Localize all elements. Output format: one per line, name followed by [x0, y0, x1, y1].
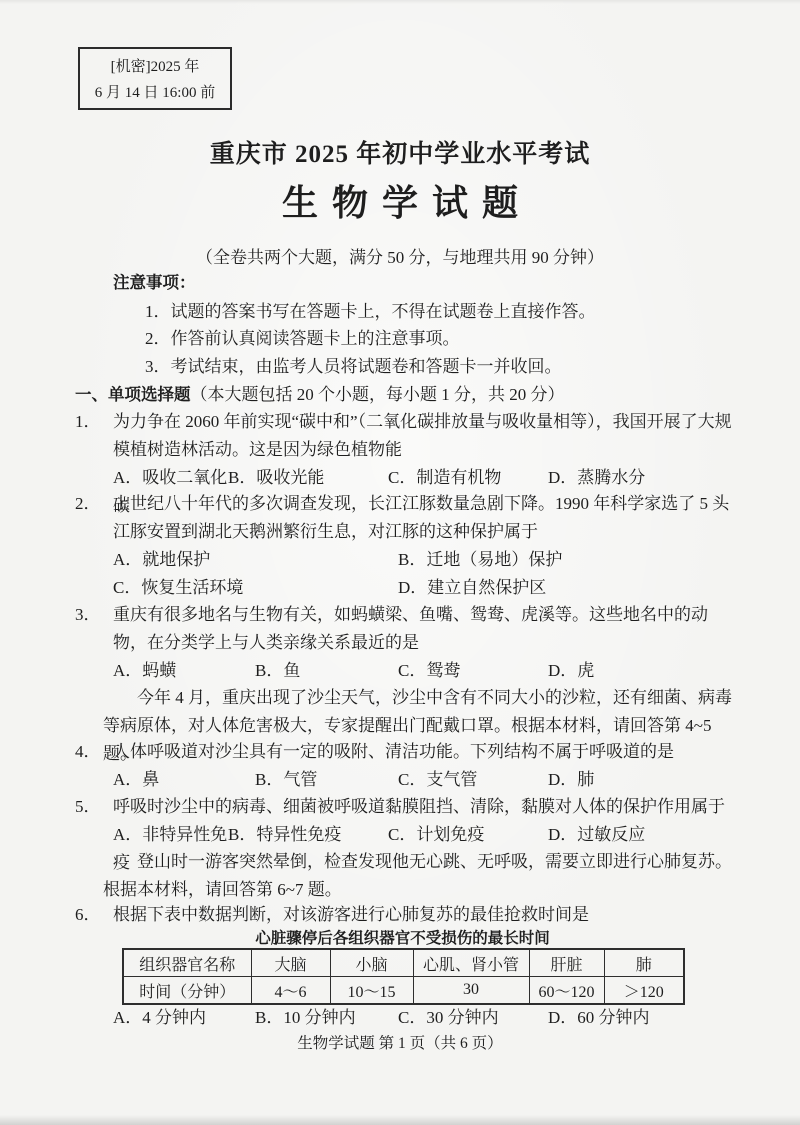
question-4-options: A．鼻 B．气管 C．支气管 D．肺 [75, 766, 737, 794]
option-b: B．迁地（易地）保护 [398, 546, 562, 574]
notice-item-2: 2．作答前认真阅读答题卡上的注意事项。 [145, 325, 737, 353]
table-header-cell: 肝脏 [529, 949, 604, 977]
question-4: 4．人体呼吸道对沙尘具有一定的吸附、清洁功能。下列结构不属于呼吸道的是 A．鼻 … [75, 738, 737, 794]
option-a: A．4 分钟内 [113, 1004, 255, 1032]
option-c: C．恢复生活环境 [113, 574, 398, 602]
table-header-cell: 肺 [604, 949, 684, 977]
notice-item-1: 1．试题的答案书写在答题卡上，不得在试题卷上直接作答。 [145, 298, 737, 326]
table-row-label: 时间（分钟） [123, 977, 251, 1005]
table-cell: 60～120 [529, 977, 604, 1005]
table-header-cell: 组织器官名称 [123, 949, 251, 977]
question-6-options: A．4 分钟内 B．10 分钟内 C．30 分钟内 D．60 分钟内 [75, 1004, 737, 1032]
question-4-number: 4． [75, 738, 113, 766]
table-cell: 10～15 [330, 977, 413, 1005]
question-2-stem: 2．上世纪八十年代的多次调查发现，长江江豚数量急剧下降。1990 年科学家选了 … [75, 490, 737, 546]
option-d: D．建立自然保护区 [398, 574, 546, 602]
section-title: 一、单项选择题 [75, 386, 191, 404]
question-2-number: 2． [75, 490, 113, 518]
section-meta: （本大题包括 20 个小题，每小题 1 分，共 20 分） [191, 385, 565, 404]
confidential-line-1: [机密]2025 年 [80, 54, 230, 80]
option-d: D．虎 [548, 657, 594, 685]
question-6-stem: 6．根据下表中数据判断，对该游客进行心肺复苏的最佳抢救时间是 [75, 901, 737, 929]
notice-item-3: 3．考试结束，由监考人员将试题卷和答题卡一并收回。 [145, 353, 737, 381]
question-4-stem: 4．人体呼吸道对沙尘具有一定的吸附、清洁功能。下列结构不属于呼吸道的是 [75, 738, 737, 766]
option-c: C．支气管 [398, 766, 548, 794]
question-2-options-row-2: C．恢复生活环境 D．建立自然保护区 [75, 574, 737, 602]
section-heading: 一、单项选择题（本大题包括 20 个小题，每小题 1 分，共 20 分） [75, 381, 737, 410]
question-2-options-row-1: A．就地保护 B．迁地（易地）保护 [75, 546, 737, 574]
option-d: D．60 分钟内 [548, 1004, 650, 1032]
question-3: 3．重庆有很多地名与生物有关，如蚂蟥梁、鱼嘴、鸳鸯、虎溪等。这些地名中的动物，在… [75, 601, 737, 685]
option-c: C．鸳鸯 [398, 657, 548, 685]
question-1-number: 1． [75, 408, 113, 436]
scan-edge-bottom [0, 1115, 800, 1125]
question-5-number: 5． [75, 793, 113, 821]
question-2: 2．上世纪八十年代的多次调查发现，长江江豚数量急剧下降。1990 年科学家选了 … [75, 490, 737, 602]
exam-paper-page: [机密]2025 年 6 月 14 日 16:00 前 重庆市 2025 年初中… [0, 0, 800, 1125]
subject-title: 生物学试题 [0, 175, 800, 226]
question-6: 6．根据下表中数据判断，对该游客进行心肺复苏的最佳抢救时间是 [75, 901, 737, 929]
notice-heading: 注意事项： [113, 270, 737, 298]
question-3-number: 3． [75, 601, 113, 629]
question-6-number: 6． [75, 901, 113, 929]
question-3-options: A．蚂蟥 B．鱼 C．鸳鸯 D．虎 [75, 657, 737, 685]
table-cell: ＞120 [604, 977, 684, 1005]
option-a: A．就地保护 [113, 546, 398, 574]
option-a: A．蚂蟥 [113, 657, 255, 685]
table-header-row: 组织器官名称 大脑 小脑 心肌、肾小管 肝脏 肺 [123, 949, 684, 977]
table-header-cell: 小脑 [330, 949, 413, 977]
question-1-stem: 1．为力争在 2060 年前实现“碳中和”（二氧化碳排放量与吸收量相等），我国开… [75, 408, 737, 464]
page-footer: 生物学试题 第 1 页（共 6 页） [0, 1031, 800, 1053]
table-header-cell: 大脑 [251, 949, 330, 977]
organ-damage-time-table: 组织器官名称 大脑 小脑 心肌、肾小管 肝脏 肺 时间（分钟） 4～6 10～1… [122, 948, 685, 1005]
notice-section: 注意事项： 1．试题的答案书写在答题卡上，不得在试题卷上直接作答。 2．作答前认… [75, 270, 737, 380]
question-3-stem: 3．重庆有很多地名与生物有关，如蚂蟥梁、鱼嘴、鸳鸯、虎溪等。这些地名中的动物，在… [75, 601, 737, 657]
table-value-row: 时间（分钟） 4～6 10～15 30 60～120 ＞120 [123, 977, 684, 1005]
table-cell: 4～6 [251, 977, 330, 1005]
option-b: B．气管 [255, 766, 398, 794]
exam-subtitle: （全卷共两个大题，满分 50 分，与地理共用 90 分钟） [0, 243, 800, 268]
option-b: B．10 分钟内 [255, 1004, 398, 1032]
table-cell: 30 [413, 977, 529, 1005]
table-caption: 心脏骤停后各组织器官不受损伤的最长时间 [122, 926, 683, 948]
option-c: C．30 分钟内 [398, 1004, 548, 1032]
reading-passage-2: 登山时一游客突然晕倒，检查发现他无心跳、无呼吸，需要立即进行心肺复苏。根据本材料… [103, 848, 735, 904]
scan-edge-top [0, 0, 800, 4]
table-header-cell: 心肌、肾小管 [413, 949, 529, 977]
exam-title: 重庆市 2025 年初中学业水平考试 [0, 134, 800, 170]
option-d: D．肺 [548, 766, 594, 794]
confidential-box: [机密]2025 年 6 月 14 日 16:00 前 [78, 47, 232, 110]
confidential-line-2: 6 月 14 日 16:00 前 [80, 80, 230, 106]
option-b: B．鱼 [255, 657, 398, 685]
option-a: A．鼻 [113, 766, 255, 794]
question-5-stem: 5．呼吸时沙尘中的病毒、细菌被呼吸道黏膜阻挡、清除，黏膜对人体的保护作用属于 [75, 793, 737, 821]
